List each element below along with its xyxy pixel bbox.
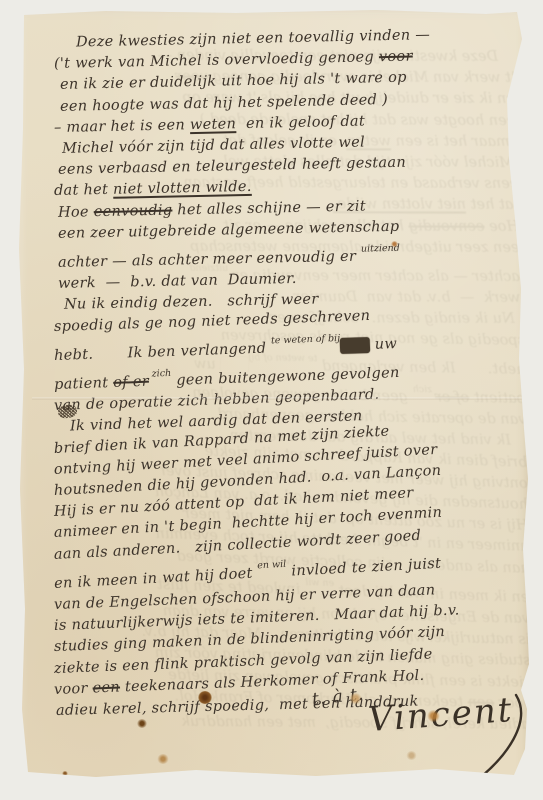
letter-body: Deze kwesties zijn niet een toevallig vi… [54, 33, 522, 722]
letter-text-strike: of er [113, 374, 149, 391]
letter-text-underline: niet vlotten wilde. [113, 179, 252, 198]
letter-text-blot [340, 337, 370, 354]
letter-text: uw [370, 336, 398, 353]
ink-stain [198, 691, 212, 704]
letter-text-underline: weten [190, 116, 237, 133]
ink-stain [123, 792, 128, 796]
letter-text-strike: voor [379, 49, 413, 66]
ink-stain [391, 241, 398, 247]
letter-text: werk — b.v. dat van Daumier. [58, 271, 297, 292]
letter-text: invloed te zien juist [286, 556, 441, 580]
letter-text: patient [54, 375, 114, 393]
letter-text: Hoe [58, 204, 94, 221]
letter-text: dat het [54, 182, 113, 199]
letter-paper: Deze kwesties zijn niet een toevallig vi… [16, 9, 532, 785]
letter-text-strike: een [92, 679, 120, 696]
letter-text: voor [54, 680, 93, 697]
scanned-letter-page: Deze kwesties zijn niet een toevallig vi… [0, 0, 543, 800]
letter-text-sup: en wil [257, 559, 287, 572]
ink-stain [137, 719, 147, 728]
ink-stain [62, 771, 68, 776]
letter-text-strike: eenvoudig [94, 202, 173, 220]
letter-text-sup: te weten of bij [271, 333, 340, 346]
ink-stain [157, 754, 169, 764]
letter-text-sup: zich [148, 368, 171, 380]
letter-text: – maar het is een [54, 117, 190, 136]
ink-stain [349, 693, 362, 704]
letter-text: het alles schijne — er zit [172, 198, 366, 218]
letter-text: en ik geloof dat [236, 113, 365, 132]
ink-stain [406, 751, 417, 760]
paper-crease [32, 397, 543, 400]
ink-stain [427, 710, 440, 722]
